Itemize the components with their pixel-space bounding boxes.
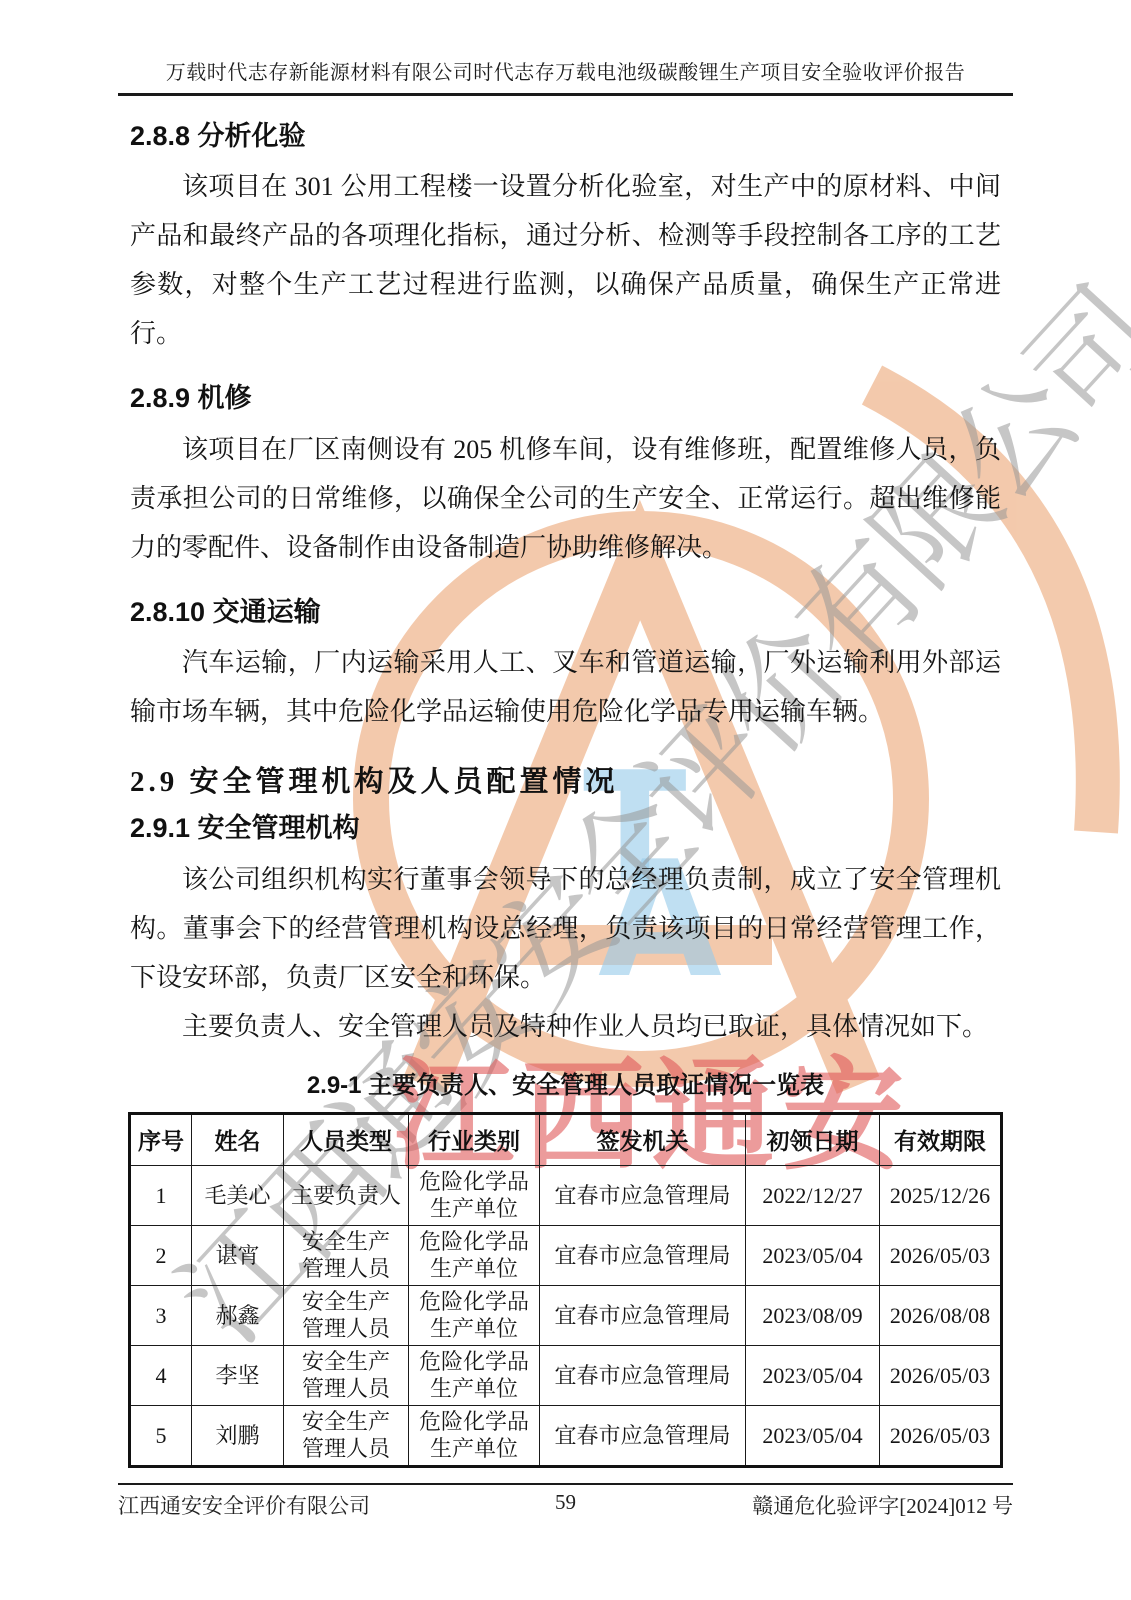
footer-company: 江西通安安全评价有限公司 <box>118 1490 370 1520</box>
col-header-person-type: 人员类型 <box>284 1113 409 1165</box>
cell-name: 刘鹏 <box>192 1405 284 1466</box>
table-row: 5 刘鹏 安全生产 管理人员 危险化学品 生产单位 宜春市应急管理局 2023/… <box>130 1405 1002 1466</box>
cell-industry: 危险化学品 生产单位 <box>409 1285 540 1345</box>
col-header-issuer: 签发机关 <box>540 1113 746 1165</box>
paragraph: 汽车运输，厂内运输采用人工、叉车和管道运输，厂外运输利用外部运输市场车辆，其中危… <box>130 638 1001 736</box>
table-row: 1 毛美心 主要负责人 危险化学品 生产单位 宜春市应急管理局 2022/12/… <box>130 1165 1002 1225</box>
section-heading-2-9-1: 2.9.1 安全管理机构 <box>130 812 1001 844</box>
section-heading-2-8-8: 2.8.8 分析化验 <box>130 120 1001 152</box>
certification-table: 序号 姓名 人员类型 行业类别 签发机关 初领日期 有效期限 1 毛美心 主要负… <box>128 1112 1003 1468</box>
page-header-title: 万载时代志存新能源材料有限公司时代志存万载电池级碳酸锂生产项目安全验收评价报告 <box>118 0 1013 96</box>
page-footer: 江西通安安全评价有限公司 59 赣通危化验评字[2024]012 号 <box>118 1483 1013 1520</box>
cell-person-type: 安全生产 管理人员 <box>284 1405 409 1466</box>
footer-page-number: 59 <box>555 1490 576 1515</box>
cell-valid-until: 2026/05/03 <box>880 1345 1002 1405</box>
cell-name: 郝鑫 <box>192 1285 284 1345</box>
report-page: T A 江西通安安全评价有限公司 江西通安 万载时代志存新能源材料有限公司时代志… <box>0 0 1131 1600</box>
cell-industry: 危险化学品 生产单位 <box>409 1345 540 1405</box>
cell-industry: 危险化学品 生产单位 <box>409 1165 540 1225</box>
cell-issuer: 宜春市应急管理局 <box>540 1405 746 1466</box>
paragraph: 该项目在 301 公用工程楼一设置分析化验室，对生产中的原材料、中间产品和最终产… <box>130 162 1001 358</box>
cell-issuer: 宜春市应急管理局 <box>540 1225 746 1285</box>
table-row: 3 郝鑫 安全生产 管理人员 危险化学品 生产单位 宜春市应急管理局 2023/… <box>130 1285 1002 1345</box>
cell-index: 2 <box>130 1225 192 1285</box>
cell-person-type: 安全生产 管理人员 <box>284 1285 409 1345</box>
document-body: 2.8.8 分析化验 该项目在 301 公用工程楼一设置分析化验室，对生产中的原… <box>130 120 1001 1100</box>
footer-doc-number: 赣通危化验评字[2024]012 号 <box>752 1490 1013 1520</box>
paragraph: 该项目在厂区南侧设有 205 机修车间，设有维修班，配置维修人员，负责承担公司的… <box>130 425 1001 572</box>
table-row: 2 谌宵 安全生产 管理人员 危险化学品 生产单位 宜春市应急管理局 2023/… <box>130 1225 1002 1285</box>
col-header-valid-until: 有效期限 <box>880 1113 1002 1165</box>
paragraph: 该公司组织机构实行董事会领导下的总经理负责制，成立了安全管理机构。董事会下的经营… <box>130 855 1001 1002</box>
table-header-row: 序号 姓名 人员类型 行业类别 签发机关 初领日期 有效期限 <box>130 1113 1002 1165</box>
document-content: 万载时代志存新能源材料有限公司时代志存万载电池级碳酸锂生产项目安全验收评价报告 … <box>0 0 1131 1468</box>
paragraph: 主要负责人、安全管理人员及特种作业人员均已取证，具体情况如下。 <box>130 1002 1001 1051</box>
cell-valid-until: 2025/12/26 <box>880 1165 1002 1225</box>
cell-name: 谌宵 <box>192 1225 284 1285</box>
cell-issue-date: 2023/05/04 <box>746 1225 880 1285</box>
section-heading-2-9: 2.9 安全管理机构及人员配置情况 <box>130 764 1001 800</box>
col-header-issue-date: 初领日期 <box>746 1113 880 1165</box>
table-caption: 2.9-1 主要负责人、安全管理人员取证情况一览表 <box>130 1065 1001 1100</box>
cell-issuer: 宜春市应急管理局 <box>540 1165 746 1225</box>
col-header-industry: 行业类别 <box>409 1113 540 1165</box>
cell-name: 毛美心 <box>192 1165 284 1225</box>
cell-valid-until: 2026/05/03 <box>880 1225 1002 1285</box>
section-heading-2-8-9: 2.8.9 机修 <box>130 382 1001 414</box>
cell-index: 5 <box>130 1405 192 1466</box>
cell-industry: 危险化学品 生产单位 <box>409 1405 540 1466</box>
cell-issue-date: 2023/05/04 <box>746 1405 880 1466</box>
cell-person-type: 安全生产 管理人员 <box>284 1345 409 1405</box>
cell-issue-date: 2022/12/27 <box>746 1165 880 1225</box>
cell-issuer: 宜春市应急管理局 <box>540 1345 746 1405</box>
section-heading-2-8-10: 2.8.10 交通运输 <box>130 596 1001 628</box>
cell-issue-date: 2023/08/09 <box>746 1285 880 1345</box>
col-header-name: 姓名 <box>192 1113 284 1165</box>
cell-valid-until: 2026/08/08 <box>880 1285 1002 1345</box>
col-header-index: 序号 <box>130 1113 192 1165</box>
table-row: 4 李坚 安全生产 管理人员 危险化学品 生产单位 宜春市应急管理局 2023/… <box>130 1345 1002 1405</box>
cell-index: 3 <box>130 1285 192 1345</box>
cell-industry: 危险化学品 生产单位 <box>409 1225 540 1285</box>
cell-index: 1 <box>130 1165 192 1225</box>
cell-name: 李坚 <box>192 1345 284 1405</box>
cell-issuer: 宜春市应急管理局 <box>540 1285 746 1345</box>
cell-person-type: 主要负责人 <box>284 1165 409 1225</box>
cell-index: 4 <box>130 1345 192 1405</box>
cell-valid-until: 2026/05/03 <box>880 1405 1002 1466</box>
cell-person-type: 安全生产 管理人员 <box>284 1225 409 1285</box>
cell-issue-date: 2023/05/04 <box>746 1345 880 1405</box>
